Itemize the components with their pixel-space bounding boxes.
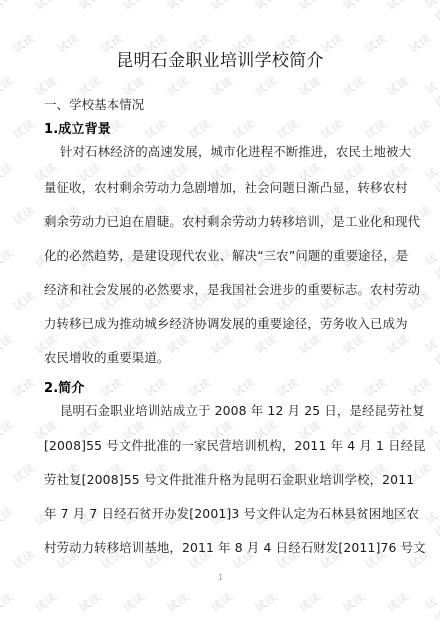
subsection-heading-intro: 2.简介 <box>44 377 396 396</box>
paragraph-line: 农民增收的重要渠道。 <box>44 348 396 366</box>
paragraph-line: 剩余劳动力已迫在眉睫。农村剩余劳动力转移培训，是工业化和现代 <box>44 212 396 230</box>
document-title: 昆明石金职业培训学校简介 <box>0 46 440 71</box>
section-heading: 一、学校基本情况 <box>44 95 396 113</box>
paragraph-line: 劳社复[2008]55 号文件批准升格为昆明石金职业培训学校，2011 <box>44 470 396 488</box>
page-number: 1 <box>218 573 223 582</box>
subsection-heading-background: 1.成立背景 <box>44 118 396 137</box>
paragraph-line: 化的必然趋势，是建设现代农业、解决“三农”问题的重要途径，是 <box>44 246 396 264</box>
paragraph-line: 量征收，农村剩余劳动力急剧增加，社会问题日渐凸显，转移农村 <box>44 178 396 196</box>
paragraph-line: 针对石林经济的高速发展，城市化进程不断推进，农民土地被大 <box>60 142 396 160</box>
paragraph-line: 力转移已成为推动城乡经济协调发展的重要途径，劳务收入已成为 <box>44 314 396 332</box>
paragraph-line: 村劳动力转移培训基地，2011 年 8 月 4 日经石财发[2011]76 号文 <box>44 538 396 556</box>
paragraph-line: 昆明石金职业培训站成立于 2008 年 12 月 25 日，是经昆劳社复 <box>60 401 396 419</box>
paragraph-line: [2008]55 号文件批准的一家民营培训机构，2011 年 4 月 1 日经昆 <box>44 436 396 454</box>
paragraph-line: 年 7 月 7 日经石贫开办发[2001]3 号文件认定为石林县贫困地区农 <box>44 504 396 522</box>
document-page: 昆明石金职业培训学校简介 一、学校基本情况 1.成立背景 针对石林经济的高速发展… <box>0 0 440 620</box>
paragraph-line: 经济和社会发展的必然要求，是我国社会进步的重要标志。农村劳动 <box>44 280 396 298</box>
